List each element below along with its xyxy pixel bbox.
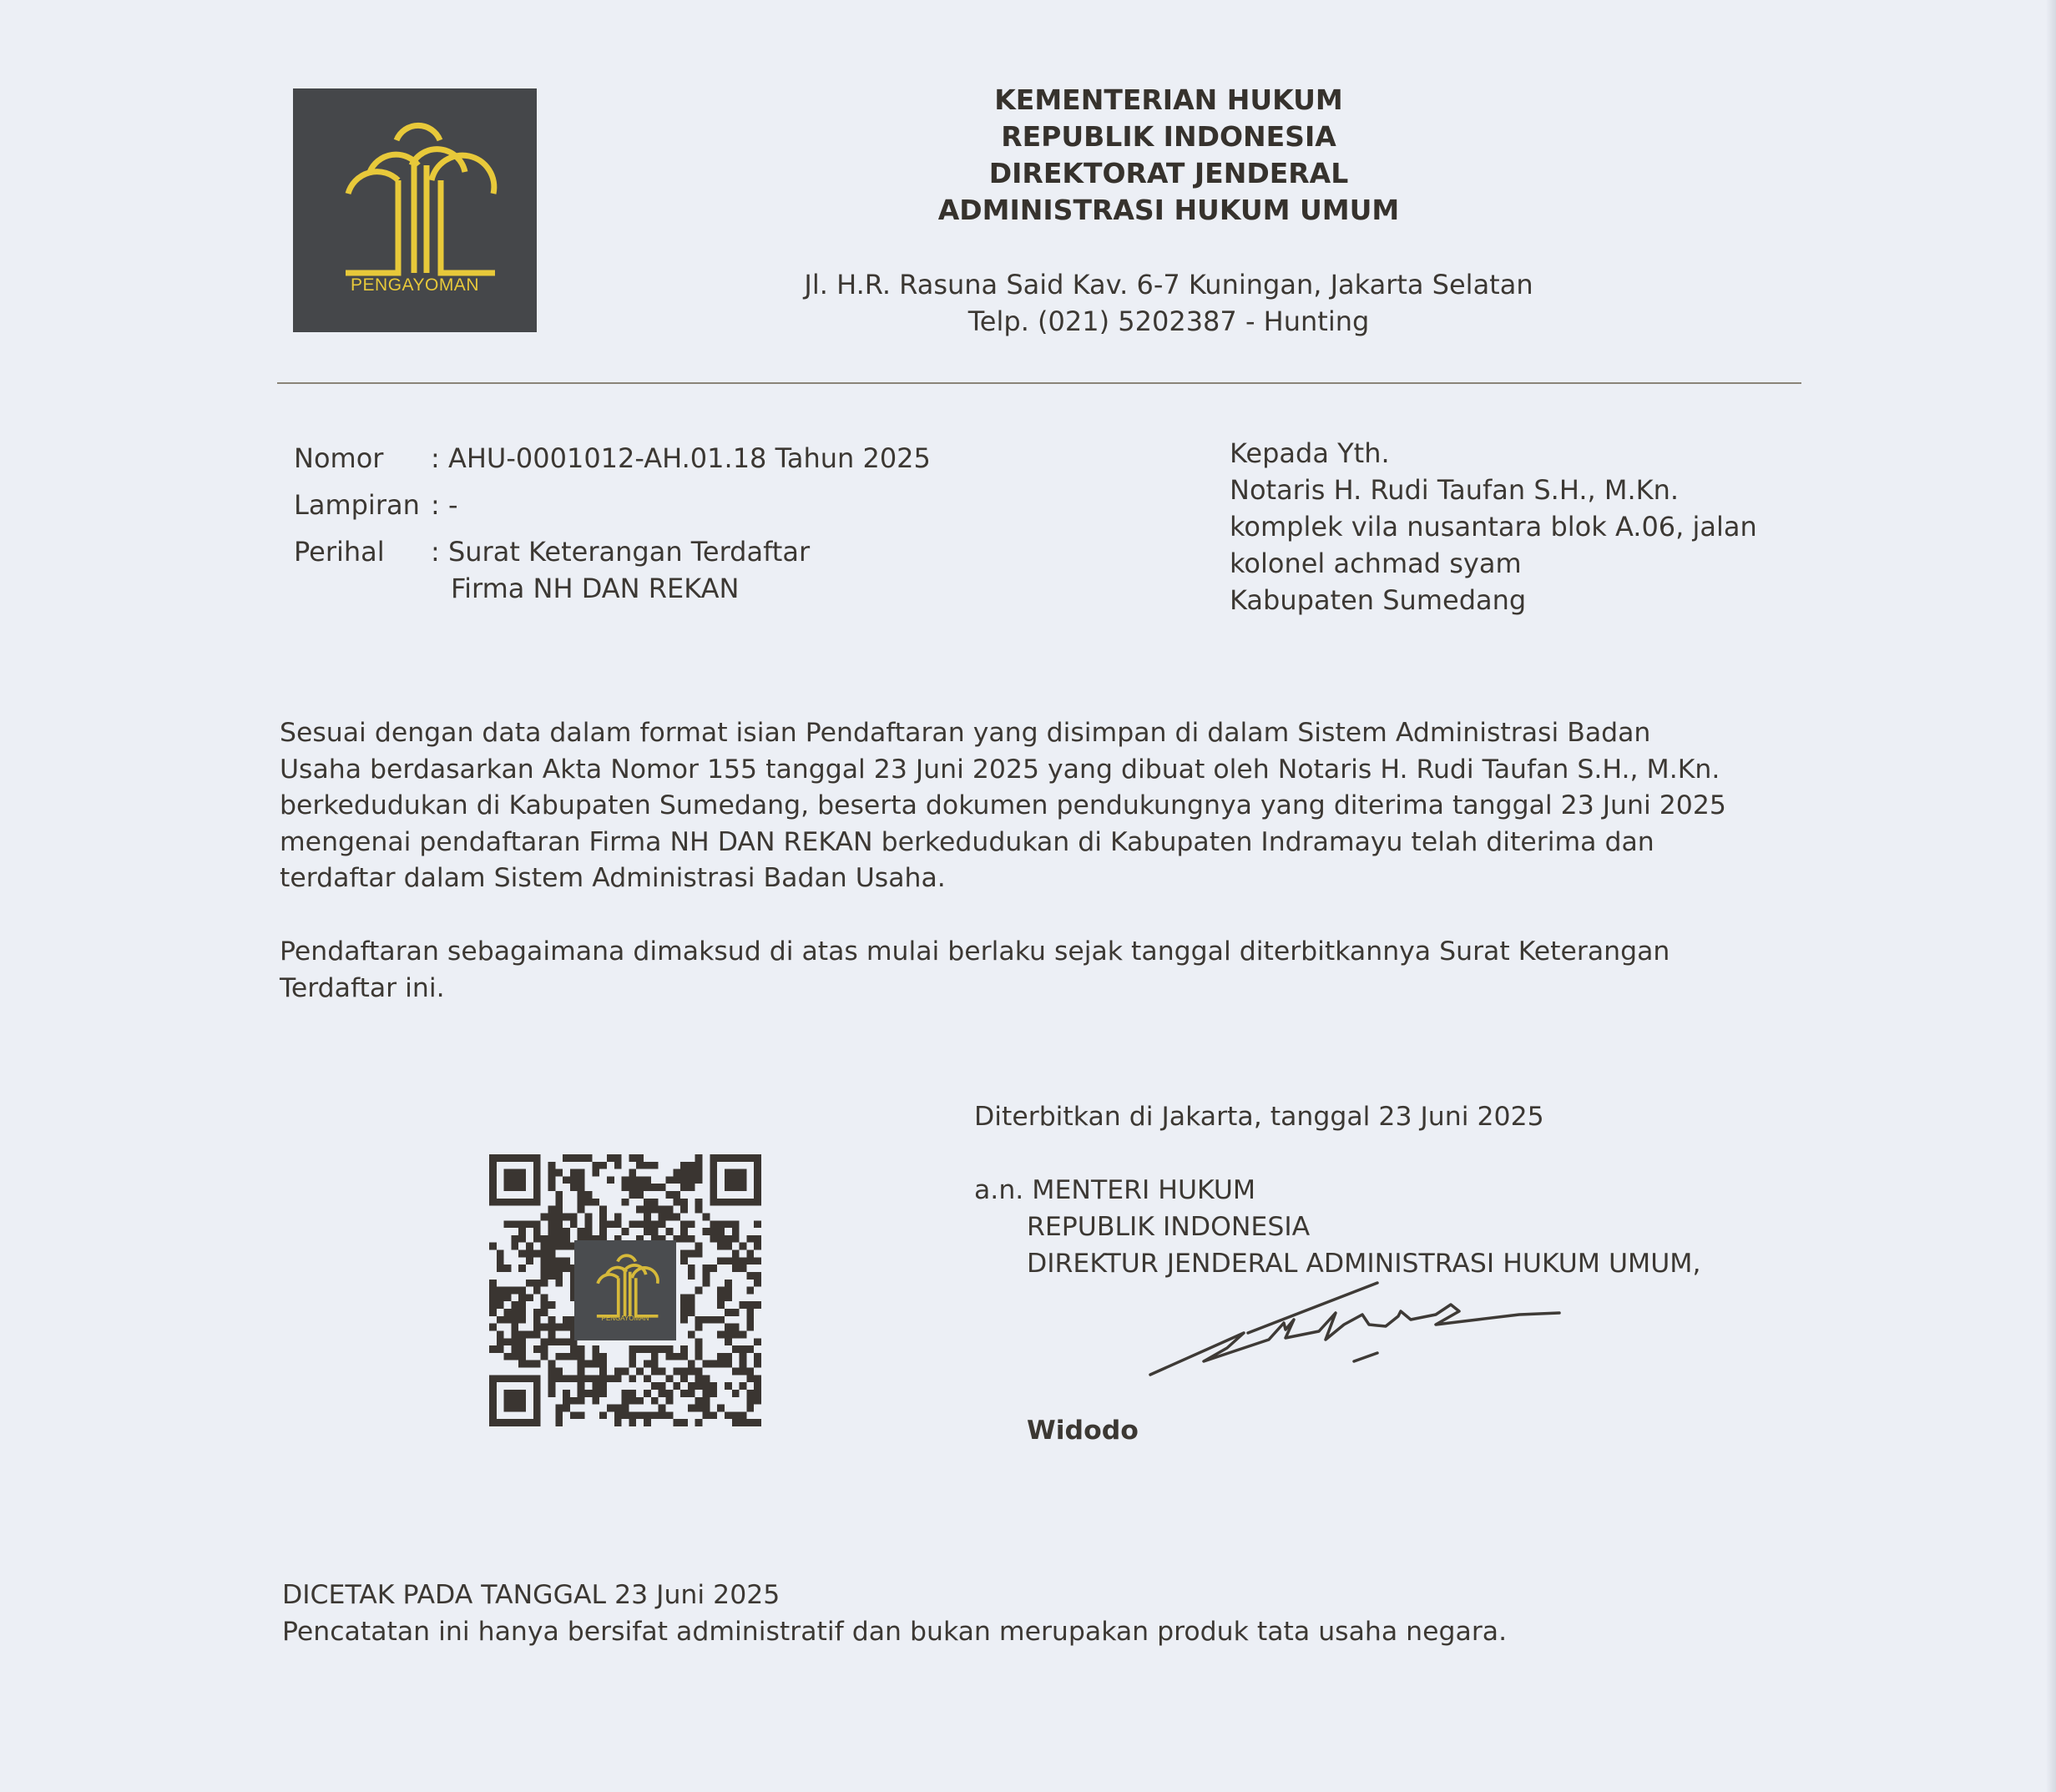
perihal-value-line2: Firma NH DAN REKAN	[451, 573, 739, 604]
body-p2-line-2: Terdaftar ini.	[280, 973, 445, 1003]
address: Jl. H.R. Rasuna Said Kav. 6-7 Kuningan, …	[751, 269, 1586, 300]
header-divider	[277, 382, 1801, 384]
perihal-label: Perihal	[294, 536, 385, 568]
body-p1-line-5: terdaftar dalam Sistem Administrasi Bada…	[280, 863, 946, 893]
org-line-1: KEMENTERIAN HUKUM	[835, 83, 1503, 116]
disclaimer: Pencatatan ini hanya bersifat administra…	[282, 1617, 1507, 1647]
issued-place-date: Diterbitkan di Jakarta, tanggal 23 Juni …	[974, 1102, 1544, 1132]
nomor-label: Nomor	[294, 442, 383, 474]
logo-caption: PENGAYOMAN	[293, 275, 537, 295]
lampiran-label: Lampiran	[294, 489, 420, 521]
pengayoman-logo: PENGAYOMAN	[293, 88, 537, 332]
on-behalf-line: a.n. MENTERI HUKUM	[974, 1175, 1255, 1205]
pengayoman-tree-icon	[574, 1240, 676, 1340]
recipient-line-3: komplek vila nusantara blok A.06, jalan	[1230, 511, 1757, 543]
qr-logo-caption: PENGAYOMAN	[574, 1315, 676, 1322]
body-p1-line-1: Sesuai dengan data dalam format isian Pe…	[280, 718, 1650, 748]
recipient-line-1: Kepada Yth.	[1230, 437, 1390, 469]
body-p1-line-2: Usaha berdasarkan Akta Nomor 155 tanggal…	[280, 755, 1720, 785]
org-line-4: ADMINISTRASI HUKUM UMUM	[835, 194, 1503, 226]
signer-name: Widodo	[1027, 1416, 1139, 1446]
qr-center-logo: PENGAYOMAN	[574, 1240, 676, 1340]
signature-icon	[1144, 1281, 1578, 1390]
body-p2-line-1: Pendaftaran sebagaimana dimaksud di atas…	[280, 936, 1670, 967]
recipient-line-5: Kabupaten Sumedang	[1230, 584, 1526, 616]
phone: Telp. (021) 5202387 - Hunting	[751, 305, 1586, 337]
org-line-3: DIREKTORAT JENDERAL	[835, 157, 1503, 189]
printed-date: DICETAK PADA TANGGAL 23 Juni 2025	[282, 1580, 780, 1610]
recipient-line-2: Notaris H. Rudi Taufan S.H., M.Kn.	[1230, 474, 1679, 506]
nomor-value: : AHU-0001012-AH.01.18 Tahun 2025	[431, 442, 931, 474]
recipient-line-4: kolonel achmad syam	[1230, 548, 1522, 579]
signer-title: DIREKTUR JENDERAL ADMINISTRASI HUKUM UMU…	[1027, 1249, 1700, 1279]
lampiran-value: : -	[431, 489, 458, 521]
on-behalf-line-2: REPUBLIK INDONESIA	[1027, 1212, 1310, 1242]
body-p1-line-3: berkedudukan di Kabupaten Sumedang, bese…	[280, 790, 1726, 820]
paper-edge	[2046, 0, 2056, 1792]
org-line-2: REPUBLIK INDONESIA	[835, 120, 1503, 153]
body-p1-line-4: mengenai pendaftaran Firma NH DAN REKAN …	[280, 827, 1654, 857]
perihal-value: : Surat Keterangan Terdaftar	[431, 536, 810, 568]
pengayoman-tree-icon	[293, 88, 537, 332]
